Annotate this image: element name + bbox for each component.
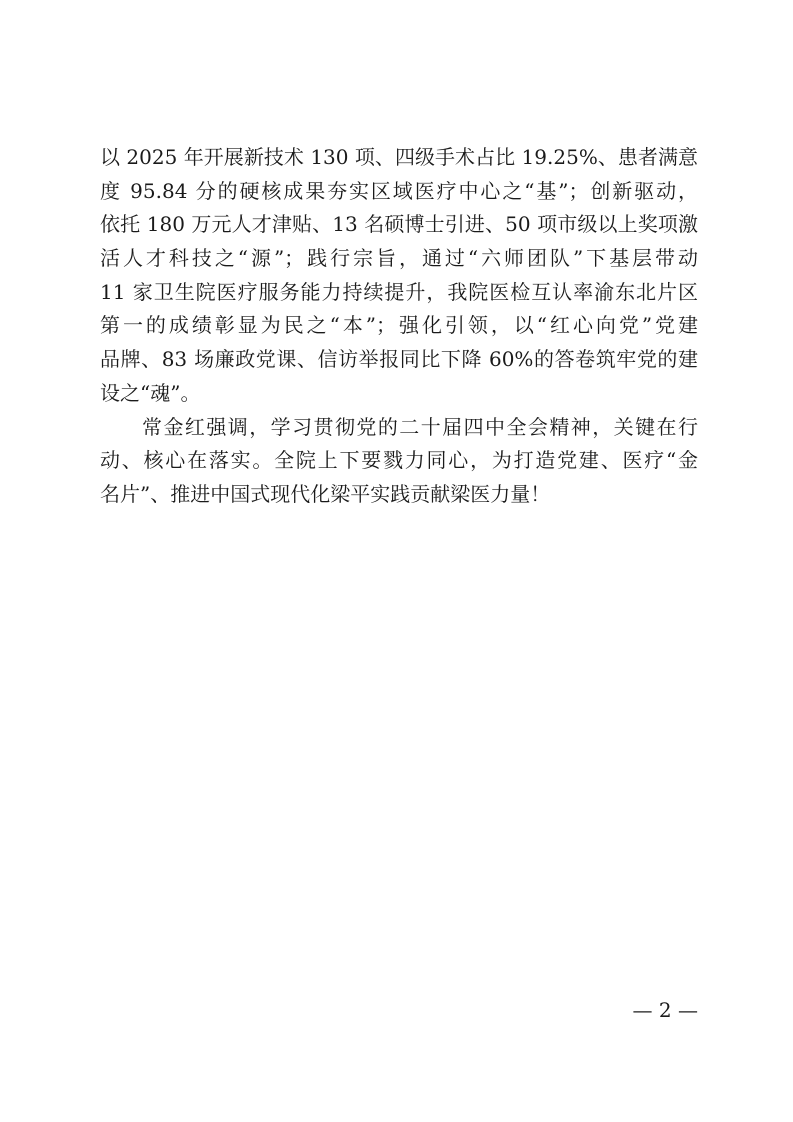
document-page: 以 2025 年开展新技术 130 项、四级手术占比 19.25%、患者满意 度… — [0, 0, 793, 1122]
text-line: 常金红强调，学习贯彻党的二十届四中全会精神，关键在行 — [100, 411, 698, 445]
text-line: 第一的成绩彰显为民之“本”；强化引领，以“红心向党”党建 — [100, 309, 698, 343]
paragraph-achievements: 以 2025 年开展新技术 130 项、四级手术占比 19.25%、患者满意 度… — [100, 141, 698, 411]
text-line: 11 家卫生院医疗服务能力持续提升，我院医检互认率渝东北片区 — [100, 276, 698, 310]
text-line: 以 2025 年开展新技术 130 项、四级手术占比 19.25%、患者满意 — [100, 141, 698, 175]
text-line: 品牌、83 场廉政党课、信访举报同比下降 60%的答卷筑牢党的建 — [100, 343, 698, 377]
text-line: 依托 180 万元人才津贴、13 名硕博士引进、50 项市级以上奖项激 — [100, 208, 698, 242]
page-number: — 2 — — [628, 999, 698, 1021]
text-line: 名片”、推进中国式现代化梁平实践贡献梁医力量！ — [100, 478, 698, 512]
text-line: 动、核心在落实。全院上下要戮力同心，为打造党建、医疗“金 — [100, 444, 698, 478]
paragraph-conclusion: 常金红强调，学习贯彻党的二十届四中全会精神，关键在行 动、核心在落实。全院上下要… — [100, 411, 698, 512]
document-body: 以 2025 年开展新技术 130 项、四级手术占比 19.25%、患者满意 度… — [100, 141, 698, 512]
text-line: 设之“魂”。 — [100, 377, 698, 411]
text-line: 活人才科技之“源”；践行宗旨，通过“六师团队”下基层带动 — [100, 242, 698, 276]
text-line: 度 95.84 分的硬核成果夯实区域医疗中心之“基”；创新驱动， — [100, 175, 698, 209]
